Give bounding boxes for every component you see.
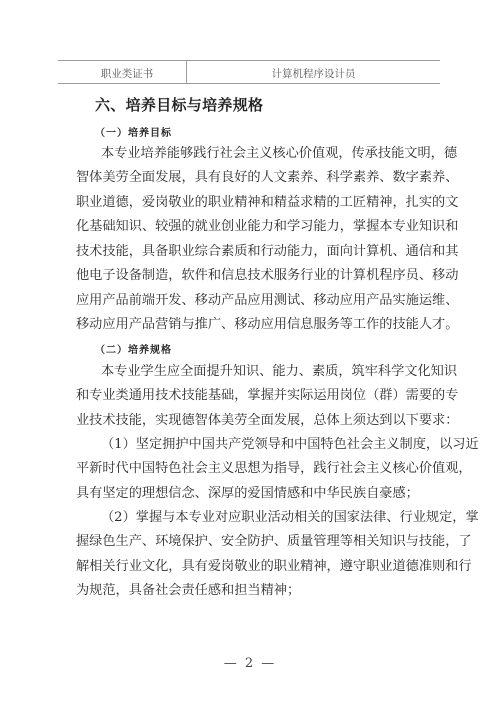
- page-number: — 2 —: [0, 656, 500, 671]
- text-line: （2）掌握与本专业对应职业活动相关的国家法律、行业规定，掌: [76, 506, 440, 530]
- subsection-heading-specs: （二）培养规格: [95, 341, 172, 356]
- text-line: 和专业类通用技术技能基础，掌握并实际运用岗位（群）需要的专: [76, 384, 440, 408]
- goals-paragraph: 本专业培养能够践行社会主义核心价值观，传承技能文明，德 智体美劳全面发展，具有良…: [76, 142, 440, 338]
- requirement-item-2: （2）掌握与本专业对应职业活动相关的国家法律、行业规定，掌 握绿色生产、环境保护…: [76, 506, 440, 604]
- certificate-type-label: 职业类证书: [58, 61, 187, 83]
- subsection-heading-goals: （一）培养目标: [95, 124, 172, 139]
- requirement-item-1: （1）坚定拥护中国共产党领导和中国特色社会主义制度，以习近 平新时代中国特色社会…: [76, 433, 440, 506]
- text-line: 智体美劳全面发展，具有良好的人文素养、科学素养、数字素养、: [76, 166, 440, 190]
- text-line: 具有坚定的理想信念、深厚的爱国情感和中华民族自豪感；: [76, 482, 440, 506]
- text-line: 应用产品前端开发、移动产品应用测试、移动应用产品实施运维、: [76, 289, 440, 313]
- text-line: 职业道德，爱岗敬业的职业精神和精益求精的工匠精神，扎实的文: [76, 191, 440, 215]
- text-line: 本专业学生应全面提升知识、能力、素质，筑牢科学文化知识: [76, 360, 440, 384]
- certificate-name-value: 计算机程序设计员: [187, 61, 440, 83]
- text-line: 技术技能，具备职业综合素质和行动能力，面向计算机、通信和其: [76, 240, 440, 264]
- text-line: 化基础知识、较强的就业创业能力和学习能力，掌握本专业知识和: [76, 215, 440, 239]
- text-line: 他电子设备制造，软件和信息技术服务行业的计算机程序员、移动: [76, 264, 440, 288]
- text-line: 平新时代中国特色社会主义思想为指导，践行社会主义核心价值观，: [76, 457, 440, 481]
- text-line: 为规范，具备社会责任感和担当精神；: [76, 579, 440, 603]
- certificate-table-row: 职业类证书 计算机程序设计员: [58, 60, 440, 84]
- text-line: 移动应用产品营销与推广、移动应用信息服务等工作的技能人才。: [76, 313, 440, 337]
- text-line: 握绿色生产、环境保护、安全防护、质量管理等相关知识与技能，了: [76, 530, 440, 554]
- text-line: （1）坚定拥护中国共产党领导和中国特色社会主义制度，以习近: [76, 433, 440, 457]
- section-heading: 六、培养目标与培养规格: [95, 94, 263, 115]
- text-line: 解相关行业文化，具有爱岗敬业的职业精神，遵守职业道德准则和行: [76, 555, 440, 579]
- text-line: 业技术技能，实现德智体美劳全面发展，总体上须达到以下要求：: [76, 409, 440, 433]
- text-line: 本专业培养能够践行社会主义核心价值观，传承技能文明，德: [76, 142, 440, 166]
- specs-intro-paragraph: 本专业学生应全面提升知识、能力、素质，筑牢科学文化知识 和专业类通用技术技能基础…: [76, 360, 440, 433]
